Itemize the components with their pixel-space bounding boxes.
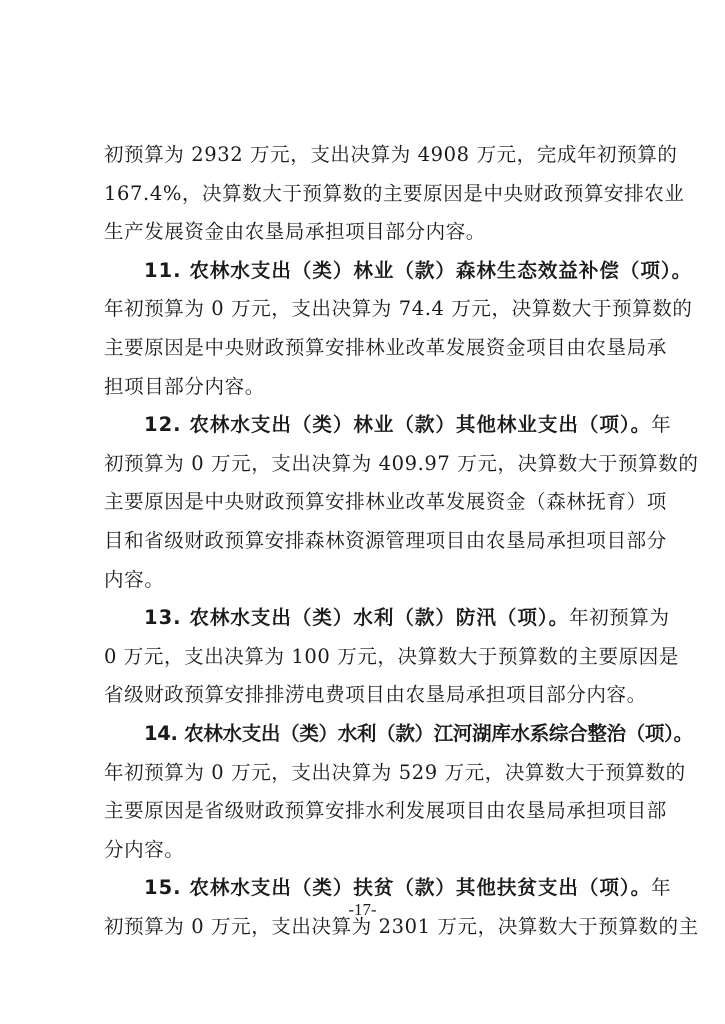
text-line: 生产发展资金由农垦局承担项目部分内容。 bbox=[104, 213, 637, 252]
text-line: 年初预算为 0 万元，支出决算为 529 万元，决算数大于预算数的 bbox=[104, 754, 637, 793]
text-line: 省级财政预算安排排涝电费项目由农垦局承担项目部分内容。 bbox=[104, 676, 637, 715]
text-line: 分内容。 bbox=[104, 831, 637, 870]
heading-tail: 年初预算为 bbox=[569, 606, 670, 629]
text-line: 主要原因是中央财政预算安排林业改革发展资金项目由农垦局承 bbox=[104, 329, 637, 368]
text-line: 主要原因是省级财政预算安排水利发展项目由农垦局承担项目部 bbox=[104, 792, 637, 831]
text-line: 年初预算为 0 万元，支出决算为 74.4 万元，决算数大于预算数的 bbox=[104, 290, 637, 329]
text-line: 主要原因是中央财政预算安排林业改革发展资金（森林抚育）项 bbox=[104, 483, 637, 522]
document-page: 初预算为 2932 万元，支出决算为 4908 万元，完成年初预算的 167.4… bbox=[104, 136, 637, 946]
text-line: 担项目部分内容。 bbox=[104, 368, 637, 407]
section-item-11: 11. 农林水支出（类）林业（款）森林生态效益补偿（项）。 年初预算为 0 万元… bbox=[104, 252, 637, 406]
text-line: 初预算为 0 万元，支出决算为 409.97 万元，决算数大于预算数的 bbox=[104, 445, 637, 484]
section-heading: 11. 农林水支出（类）林业（款）森林生态效益补偿（项）。 bbox=[144, 259, 692, 282]
heading-tail: 年 bbox=[651, 876, 671, 899]
text-line: 初预算为 2932 万元，支出决算为 4908 万元，完成年初预算的 bbox=[104, 136, 637, 175]
section-heading: 15. 农林水支出（类）扶贫（款）其他扶贫支出（项）。 bbox=[144, 876, 651, 899]
section-heading: 14. 农林水支出（类）水利（款）江河湖库水系综合整治（项）。 bbox=[144, 722, 693, 745]
section-item-12: 12. 农林水支出（类）林业（款）其他林业支出（项）。年 初预算为 0 万元，支… bbox=[104, 406, 637, 599]
text-line: 目和省级财政预算安排森林资源管理项目由农垦局承担项目部分 bbox=[104, 522, 637, 561]
heading-tail: 年 bbox=[651, 413, 671, 436]
text-line: 0 万元，支出决算为 100 万元，决算数大于预算数的主要原因是 bbox=[104, 638, 637, 677]
section-item-13: 13. 农林水支出（类）水利（款）防汛（项）。年初预算为 0 万元，支出决算为 … bbox=[104, 599, 637, 715]
section-heading: 13. 农林水支出（类）水利（款）防汛（项）。 bbox=[144, 606, 569, 629]
page-number: -17- bbox=[0, 900, 725, 920]
section-item-14: 14. 农林水支出（类）水利（款）江河湖库水系综合整治（项）。 年初预算为 0 … bbox=[104, 715, 637, 869]
section-heading: 12. 农林水支出（类）林业（款）其他林业支出（项）。 bbox=[144, 413, 651, 436]
text-line: 167.4%，决算数大于预算数的主要原因是中央财政预算安排农业 bbox=[104, 175, 637, 214]
text-line: 内容。 bbox=[104, 561, 637, 600]
